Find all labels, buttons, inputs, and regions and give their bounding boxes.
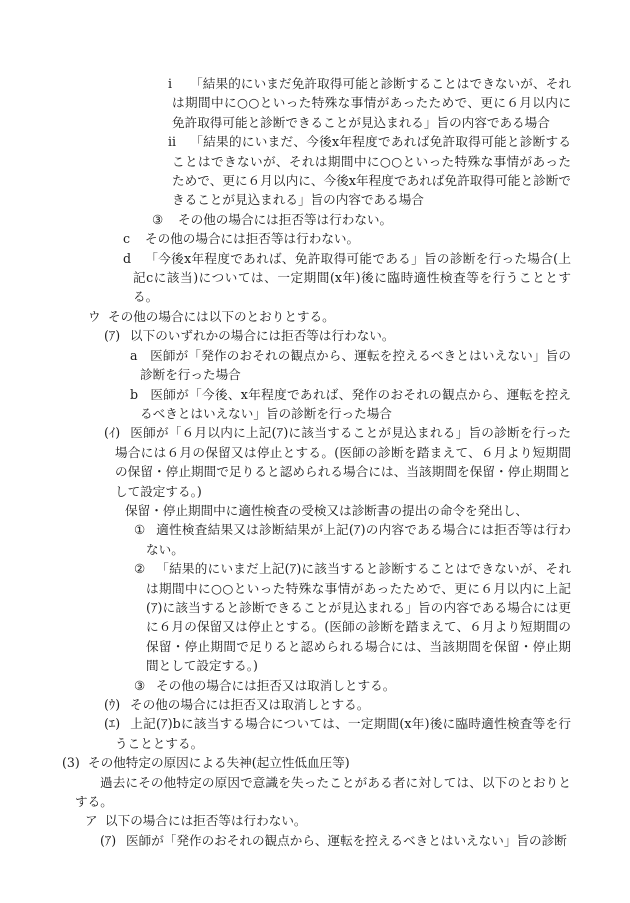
item-label: ア [85,811,105,830]
item-text: その他特定の原因による失神(起立性低血圧等) [88,755,350,770]
item-label: (3) [62,753,88,772]
item-label: (ｲ) [104,423,130,442]
item-text: 上記(ｱ)bに該当する場合については、一定期間(x年)後に臨時適性検査等を行うこ… [115,716,571,750]
item-text: その他の場合には以下のとおりとする。 [108,309,335,324]
item-text: 「結果的にいまだ上記(ｱ)に該当すると診断することはできないが、それは期間中に○… [146,561,571,673]
outline-item-d: d「今後x年程度であれば、免許取得可能である」旨の診断を行った場合(上記cに該当… [0,249,571,307]
item-label: a [130,346,150,365]
outline-item-3-syncope-heading: (3)その他特定の原因による失神(起立性低血圧等) [0,753,571,772]
outline-item-paren-a-lower: (ｱ)医師が「発作のおそれの観点から、運転を控えるべきとはいえない」旨の診断 [0,831,571,850]
body-paragraph-past-syncope: 過去にその他特定の原因で意識を失ったことがある者に対しては、以下のとおりとする。 [0,773,571,812]
item-label: i [168,74,190,93]
outline-item-paren-u: (ｳ)その他の場合には拒否又は取消しとする。 [0,695,571,714]
item-text: 医師が「今後、x年程度であれば、発作のおそれの観点から、運転を控えるべきとはいえ… [140,387,571,421]
item-text: 「今後x年程度であれば、免許取得可能である」旨の診断を行った場合(上記cに該当)… [133,251,571,305]
item-text: その他の場合には拒否又は取消しとする。 [156,678,395,693]
item-label: ii [168,132,190,151]
item-text: 以下の場合には拒否等は行わない。 [105,813,307,828]
outline-item-b: b医師が「今後、x年程度であれば、発作のおそれの観点から、運転を控えるべきとはい… [0,385,571,424]
item-label: (ｳ) [104,695,130,714]
item-label: (ｱ) [104,326,130,345]
item-text: 「結果的にいまだ免許取得可能と診断することはできないが、それは期間中に○○といっ… [172,76,571,130]
item-text: 以下のいずれかの場合には拒否等は行わない。 [130,328,394,343]
outline-item-paren-i: (ｲ)医師が「６月以内に上記(ｱ)に該当することが見込まれる」旨の診断を行った場… [0,423,571,501]
outline-item-circled3-lower: ③その他の場合には拒否又は取消しとする。 [0,676,571,695]
item-text: 過去にその他特定の原因で意識を失ったことがある者に対しては、以下のとおりとする。 [75,775,571,809]
outline-item-paren-a-upper: (ｱ)以下のいずれかの場合には拒否等は行わない。 [0,326,571,345]
item-text: 「結果的にいまだ、今後x年程度であれば免許取得可能と診断することはできないが、そ… [172,134,571,207]
body-paragraph-suspension-order: 保留・停止期間中に適性検査の受検又は診断書の提出の命令を発出し、 [0,501,571,520]
outline-item-circled3-upper: ③その他の場合には拒否等は行わない。 [0,210,571,229]
outline-item-a: a医師が「発作のおそれの観点から、運転を控えるべきとはいえない」旨の診断を行った… [0,346,571,385]
item-text: 適性検査結果又は診断結果が上記(ｱ)の内容である場合には拒否等は行わない。 [146,522,571,556]
outline-item-c: cその他の場合には拒否等は行わない。 [0,229,571,248]
item-label: ① [134,520,156,539]
item-text: その他の場合には拒否等は行わない。 [145,231,359,246]
outline-item-roman-ii: ii「結果的にいまだ、今後x年程度であれば免許取得可能と診断することはできないが… [0,132,571,210]
item-text: その他の場合には拒否又は取消しとする。 [130,697,369,712]
document-page: i「結果的にいまだ免許取得可能と診断することはできないが、それは期間中に○○とい… [0,0,630,903]
item-label: ② [134,559,156,578]
item-text: 医師が「発作のおそれの観点から、運転を控えるべきとはいえない」旨の診断 [126,833,567,848]
outline-item-roman-i: i「結果的にいまだ免許取得可能と診断することはできないが、それは期間中に○○とい… [0,74,571,132]
item-label: ③ [134,676,156,695]
item-text: 保留・停止期間中に適性検査の受検又は診断書の提出の命令を発出し、 [125,503,528,518]
item-label: d [123,249,145,268]
item-label: (ｴ) [104,714,130,733]
outline-item-katakana-u: ウその他の場合には以下のとおりとする。 [0,307,571,326]
item-label: c [123,229,145,248]
item-label: (ｱ) [100,831,126,850]
outline-item-circled1: ①適性検査結果又は診断結果が上記(ｱ)の内容である場合には拒否等は行わない。 [0,520,571,559]
item-label: b [130,385,150,404]
outline-item-katakana-a: ア以下の場合には拒否等は行わない。 [0,811,571,830]
item-label: ③ [152,210,178,229]
item-text: 医師が「発作のおそれの観点から、運転を控えるべきとはいえない」旨の診断を行った場… [140,348,571,382]
outline-item-paren-e: (ｴ)上記(ｱ)bに該当する場合については、一定期間(x年)後に臨時適性検査等を… [0,714,571,753]
item-text: その他の場合には拒否等は行わない。 [178,212,392,227]
outline-item-circled2: ②「結果的にいまだ上記(ｱ)に該当すると診断することはできないが、それは期間中に… [0,559,571,675]
item-text: 医師が「６月以内に上記(ｱ)に該当することが見込まれる」旨の診断を行った場合には… [115,425,571,498]
item-label: ウ [88,307,108,326]
